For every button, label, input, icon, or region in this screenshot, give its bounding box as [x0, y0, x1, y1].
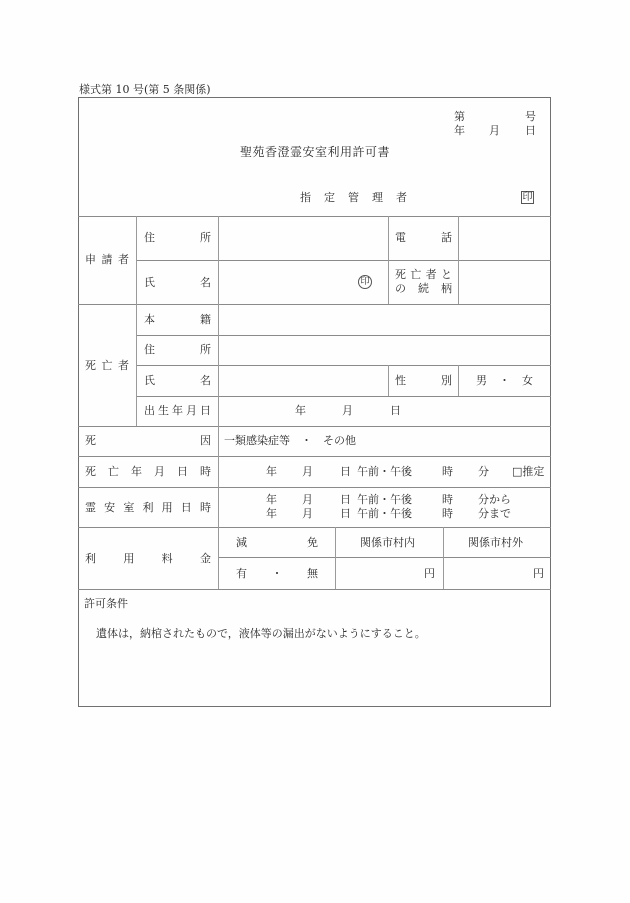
deceased-sex-options[interactable]: 男 ・ 女: [476, 374, 533, 387]
permit-number-prefix: 第: [454, 110, 465, 123]
applicant-seal-icon: 印: [358, 275, 372, 289]
birthdate-year-unit: 年: [295, 404, 306, 417]
exemption-options[interactable]: 有 ・ 無: [236, 567, 318, 580]
fee-inside-unit: 円: [424, 567, 435, 580]
conditions-label: 許可条件: [84, 597, 128, 610]
usage-datetime-label: 霊 安 室 利 用 日 時: [85, 501, 211, 514]
death-ampm-options[interactable]: 午前・午後: [357, 465, 412, 478]
fee-inside-header: 関係市村内: [360, 536, 415, 549]
document-title: 聖苑香澄霊安室利用許可書: [240, 146, 390, 159]
issue-date-month: 月: [489, 124, 500, 137]
applicant-phone-label: 電 話: [395, 231, 452, 244]
cause-options[interactable]: 一類感染症等 ・ その他: [224, 434, 356, 447]
applicant-address-label: 住 所: [144, 231, 211, 244]
applicant-name-label: 氏 名: [144, 276, 211, 289]
deceased-address-label: 住 所: [144, 343, 211, 356]
deceased-name-label: 氏 名: [144, 374, 211, 387]
exemption-no[interactable]: 無: [307, 567, 318, 580]
fee-outside-header: 関係市村外: [468, 536, 523, 549]
deceased-sex-label: 性 別: [395, 374, 452, 387]
exemption-yes[interactable]: 有: [236, 567, 247, 580]
issuer-label: 指 定 管 理 者: [300, 191, 407, 204]
deceased-birthdate-field[interactable]: [219, 397, 550, 426]
death-datetime-label: 死 亡 年 月 日 時: [85, 465, 211, 478]
birthdate-month-unit: 月: [342, 404, 353, 417]
relation-label-line1: 死 亡 者 と: [395, 268, 452, 281]
deceased-address-field[interactable]: [219, 336, 550, 365]
sex-option-male[interactable]: 男: [476, 374, 487, 387]
permit-number-suffix: 号: [525, 110, 536, 123]
relation-label-line2: の 続 柄: [395, 282, 452, 295]
divider: [78, 426, 551, 427]
exemption-header: 減 免: [236, 536, 318, 549]
deceased-section-label: 死 亡 者: [85, 359, 129, 372]
issue-date-day: 日: [525, 124, 536, 137]
cause-label: 死 因: [85, 434, 211, 447]
divider: [388, 365, 389, 396]
fee-label: 利 用 料 金: [85, 552, 211, 565]
divider: [78, 527, 551, 528]
estimated-checkbox[interactable]: □推定: [512, 465, 544, 478]
deceased-domicile-label: 本 籍: [144, 313, 211, 326]
applicant-section-label: 申 請 者: [85, 253, 129, 266]
issue-date-year: 年: [454, 124, 465, 137]
divider: [78, 589, 551, 590]
form-number-caption: 様式第 10 号(第 5 条関係): [79, 81, 211, 97]
deceased-name-field[interactable]: [219, 366, 388, 396]
birthdate-day-unit: 日: [390, 404, 401, 417]
deceased-domicile-field[interactable]: [219, 305, 550, 335]
divider: [136, 216, 137, 426]
usage-to-ampm-options[interactable]: 午前・午後: [357, 507, 412, 520]
deceased-birthdate-label: 出 生 年 月 日: [144, 404, 211, 417]
fee-outside-unit: 円: [533, 567, 544, 580]
divider: [388, 216, 389, 304]
sex-option-female[interactable]: 女: [522, 374, 533, 387]
usage-from-ampm-options[interactable]: 午前・午後: [357, 493, 412, 506]
applicant-phone-field[interactable]: [459, 217, 550, 260]
issuer-seal-icon: 印: [521, 191, 534, 204]
conditions-text: 遺体は，納棺されたもので，液体等の漏出がないようにすること。: [96, 627, 426, 640]
relation-field[interactable]: [459, 261, 550, 304]
applicant-address-field[interactable]: [219, 217, 388, 260]
divider: [458, 365, 459, 396]
